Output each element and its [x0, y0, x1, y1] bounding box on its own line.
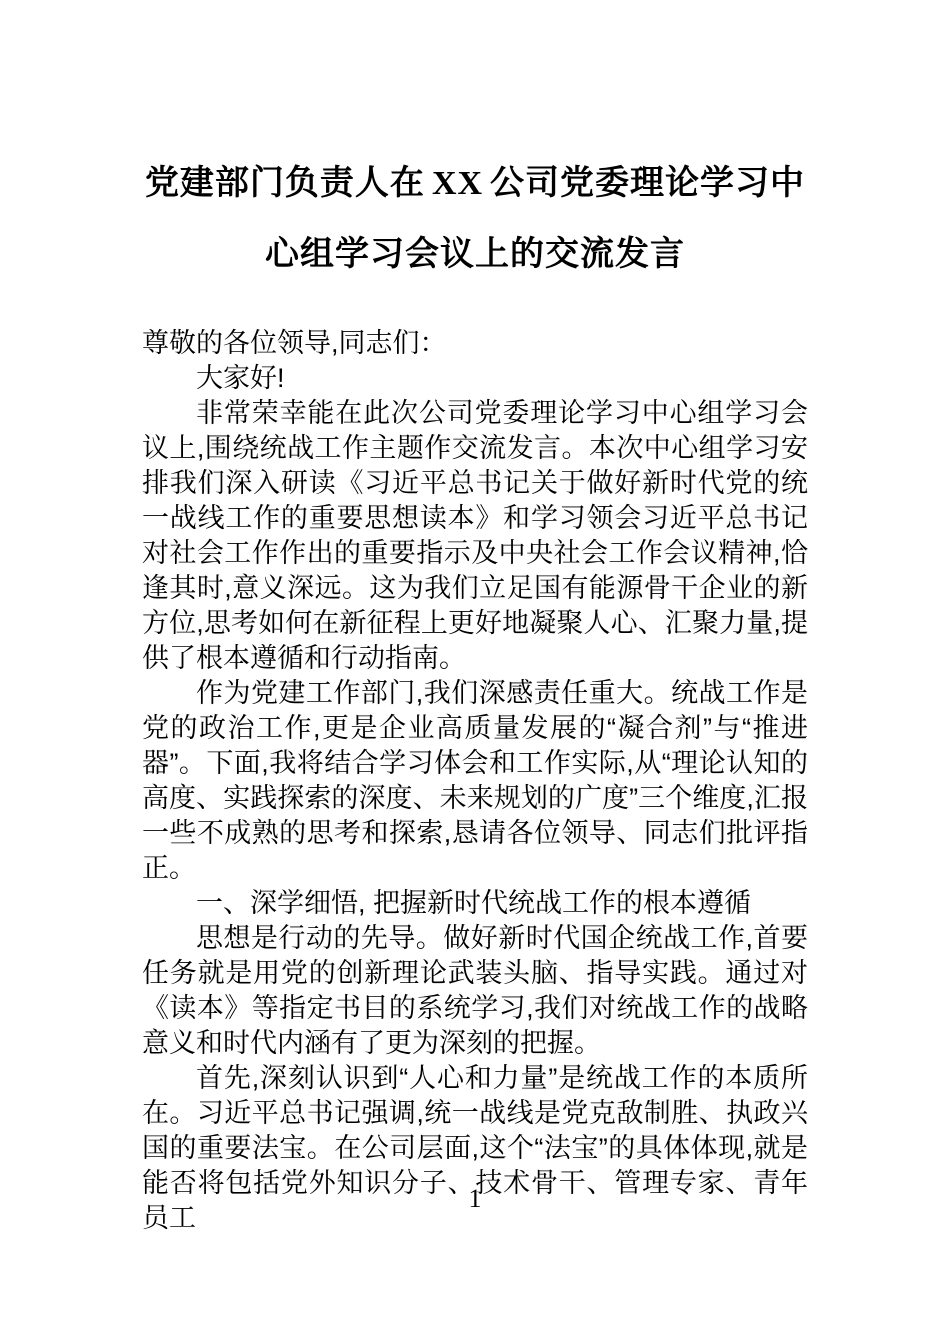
section-heading: 一、深学细悟, 把握新时代统战工作的根本遵循 — [142, 886, 808, 921]
document-page: 党建部门负责人在XX公司党委理论学习中 心组学习会议上的交流发言 尊敬的各位领导… — [0, 0, 950, 1344]
document-title-line2: 心组学习会议上的交流发言 — [142, 219, 808, 289]
paragraph: 大家好! — [142, 361, 808, 396]
title-text-pre: 党建部门负责人在 — [145, 164, 425, 202]
page-number: 1 — [0, 1184, 950, 1214]
title-company-placeholder: XX — [432, 165, 483, 202]
document-title: 党建部门负责人在XX公司党委理论学习中 心组学习会议上的交流发言 — [142, 148, 808, 289]
paragraph: 作为党建工作部门,我们深感责任重大。统战工作是党的政治工作,更是企业高质量发展的… — [142, 676, 808, 886]
paragraph: 尊敬的各位领导,同志们： — [142, 326, 808, 361]
document-body: 尊敬的各位领导,同志们：大家好!非常荣幸能在此次公司党委理论学习中心组学习会议上… — [142, 326, 808, 1236]
title-text-post: 公司党委理论学习中 — [490, 164, 805, 202]
paragraph: 非常荣幸能在此次公司党委理论学习中心组学习会议上,围绕统战工作主题作交流发言。本… — [142, 396, 808, 676]
document-title-line1: 党建部门负责人在XX公司党委理论学习中 — [142, 148, 808, 219]
paragraph: 思想是行动的先导。做好新时代国企统战工作,首要任务就是用党的创新理论武装头脑、指… — [142, 921, 808, 1061]
